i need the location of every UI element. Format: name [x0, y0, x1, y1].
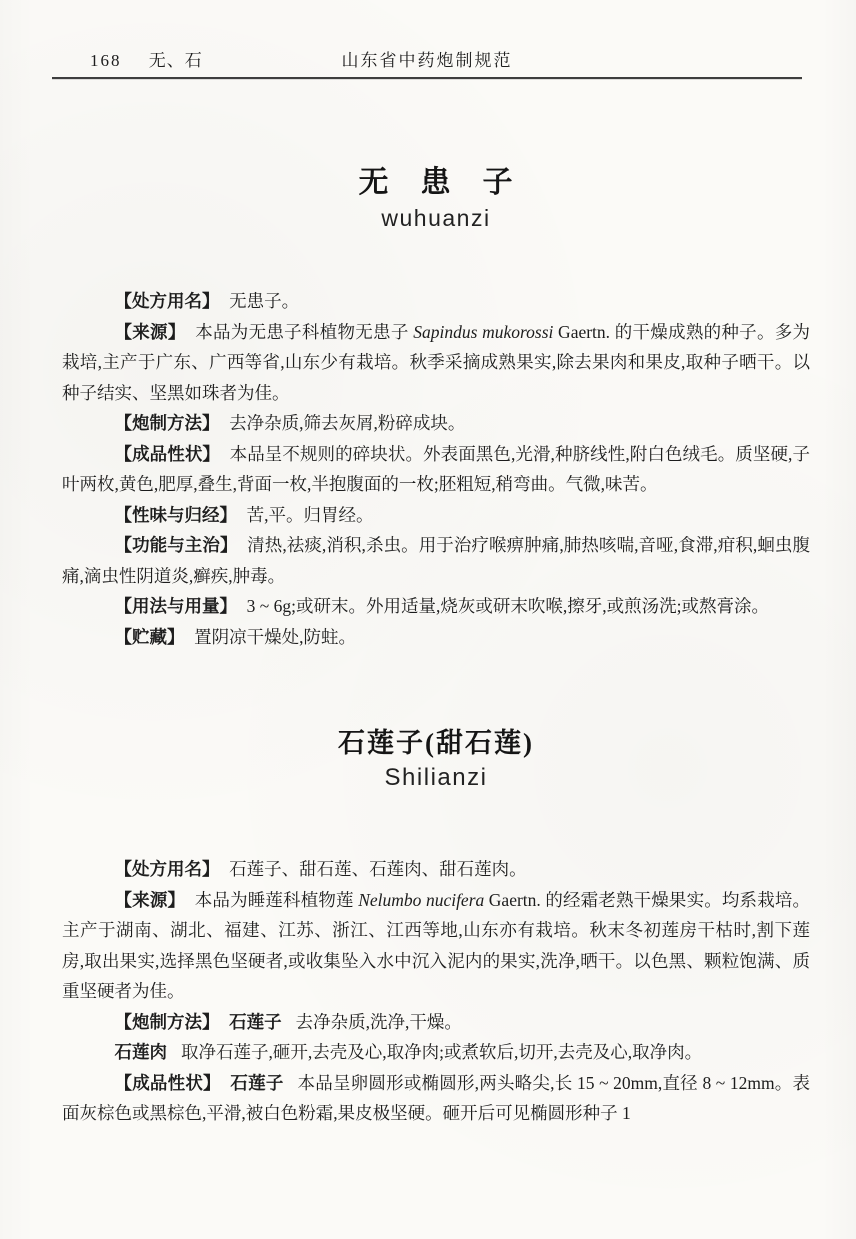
- text-run: 无患子。: [229, 291, 299, 311]
- text-run: 本品为睡莲科植物莲: [195, 890, 358, 910]
- monograph-pinyin: Shilianzi: [62, 762, 810, 794]
- scanned-book-page: 168 无、石 山东省中药炮制规范 无 患 子 wuhuanzi 【处方用名】无…: [0, 0, 856, 1239]
- paragraph: 【用法与用量】3 ~ 6g;或研末。外用适量,烧灰或研末吹喉,擦牙,或煎汤洗;或…: [62, 591, 810, 622]
- text-run: 置阴凉干燥处,防蛀。: [194, 627, 356, 647]
- field-label: 【炮制方法】: [115, 413, 220, 433]
- monograph-wuhuanzi: 无 患 子 wuhuanzi 【处方用名】无患子。【来源】本品为无患子科植物无患…: [62, 164, 810, 652]
- paragraph: 石莲肉取净石莲子,砸开,去壳及心,取净肉;或煮软后,切开,去壳及心,取净肉。: [62, 1037, 810, 1068]
- paragraph: 【炮制方法】石莲子去净杂质,洗净,干燥。: [62, 1007, 810, 1038]
- field-label: 【贮藏】: [115, 627, 185, 647]
- field-label: 【功能与主治】: [115, 535, 238, 555]
- paragraph: 【成品性状】本品呈不规则的碎块状。外表面黑色,光滑,种脐线性,附白色绒毛。质坚硬…: [62, 439, 810, 500]
- text-run: 石莲子、甜石莲、石莲肉、甜石莲肉。: [229, 859, 527, 879]
- sub-heading: 石莲子: [229, 1012, 282, 1032]
- book-title: 山东省中药炮制规范: [54, 46, 800, 71]
- page-body: 无 患 子 wuhuanzi 【处方用名】无患子。【来源】本品为无患子科植物无患…: [62, 150, 810, 1129]
- field-label: 【用法与用量】: [115, 596, 238, 616]
- monograph-text: 【处方用名】石莲子、甜石莲、石莲肉、甜石莲肉。【来源】本品为睡莲科植物莲 Nel…: [62, 854, 810, 1129]
- monograph-title: 石莲子(甜石莲): [62, 724, 810, 762]
- text-run: 本品为无患子科植物无患子: [195, 322, 413, 342]
- monograph-text: 【处方用名】无患子。【来源】本品为无患子科植物无患子 Sapindus muko…: [62, 286, 810, 652]
- sub-heading: 石莲子: [230, 1073, 283, 1093]
- text-run: 取净石莲子,砸开,去壳及心,取净肉;或煮软后,切开,去壳及心,取净肉。: [181, 1042, 702, 1062]
- monograph-title: 无 患 子: [62, 164, 810, 202]
- latin-botanical-name: Nelumbo nucifera: [358, 890, 484, 910]
- field-label: 【来源】: [115, 890, 186, 910]
- paragraph: 【功能与主治】清热,祛痰,消积,杀虫。用于治疗喉痹肿痛,肺热咳喘,音哑,食滞,疳…: [62, 530, 810, 591]
- monograph-pinyin: wuhuanzi: [62, 202, 810, 234]
- sub-heading: 石莲肉: [115, 1042, 168, 1062]
- paragraph: 【来源】本品为睡莲科植物莲 Nelumbo nucifera Gaertn. 的…: [62, 885, 810, 1007]
- paragraph: 【炮制方法】去净杂质,筛去灰屑,粉碎成块。: [62, 408, 810, 439]
- paragraph: 【来源】本品为无患子科植物无患子 Sapindus mukorossi Gaer…: [62, 317, 810, 409]
- text-run: 苦,平。归胃经。: [247, 505, 374, 525]
- field-label: 【来源】: [115, 322, 186, 342]
- paragraph: 【贮藏】置阴凉干燥处,防蛀。: [62, 622, 810, 653]
- latin-botanical-name: Sapindus mukorossi: [413, 322, 553, 342]
- running-head: 168 无、石 山东省中药炮制规范: [54, 46, 800, 72]
- field-label: 【处方用名】: [115, 291, 220, 311]
- header-divider-rule: [52, 77, 802, 79]
- paragraph: 【处方用名】无患子。: [62, 286, 810, 317]
- monograph-shilianzi: 石莲子(甜石莲) Shilianzi 【处方用名】石莲子、甜石莲、石莲肉、甜石莲…: [62, 724, 810, 1129]
- text-run: 去净杂质,筛去灰屑,粉碎成块。: [229, 413, 465, 433]
- field-label: 【处方用名】: [115, 859, 220, 879]
- paragraph: 【处方用名】石莲子、甜石莲、石莲肉、甜石莲肉。: [62, 854, 810, 885]
- paragraph: 【成品性状】石莲子本品呈卵圆形或椭圆形,两头略尖,长 15 ~ 20mm,直径 …: [62, 1068, 810, 1129]
- text-run: 去净杂质,洗净,干燥。: [296, 1012, 462, 1032]
- field-label: 【成品性状】: [115, 444, 221, 464]
- field-label: 【成品性状】: [115, 1073, 221, 1093]
- field-label: 【炮制方法】: [115, 1012, 220, 1032]
- text-run: 3 ~ 6g;或研末。外用适量,烧灰或研末吹喉,擦牙,或煎汤洗;或熬膏涂。: [247, 596, 769, 616]
- paragraph: 【性味与归经】苦,平。归胃经。: [62, 500, 810, 531]
- field-label: 【性味与归经】: [115, 505, 238, 525]
